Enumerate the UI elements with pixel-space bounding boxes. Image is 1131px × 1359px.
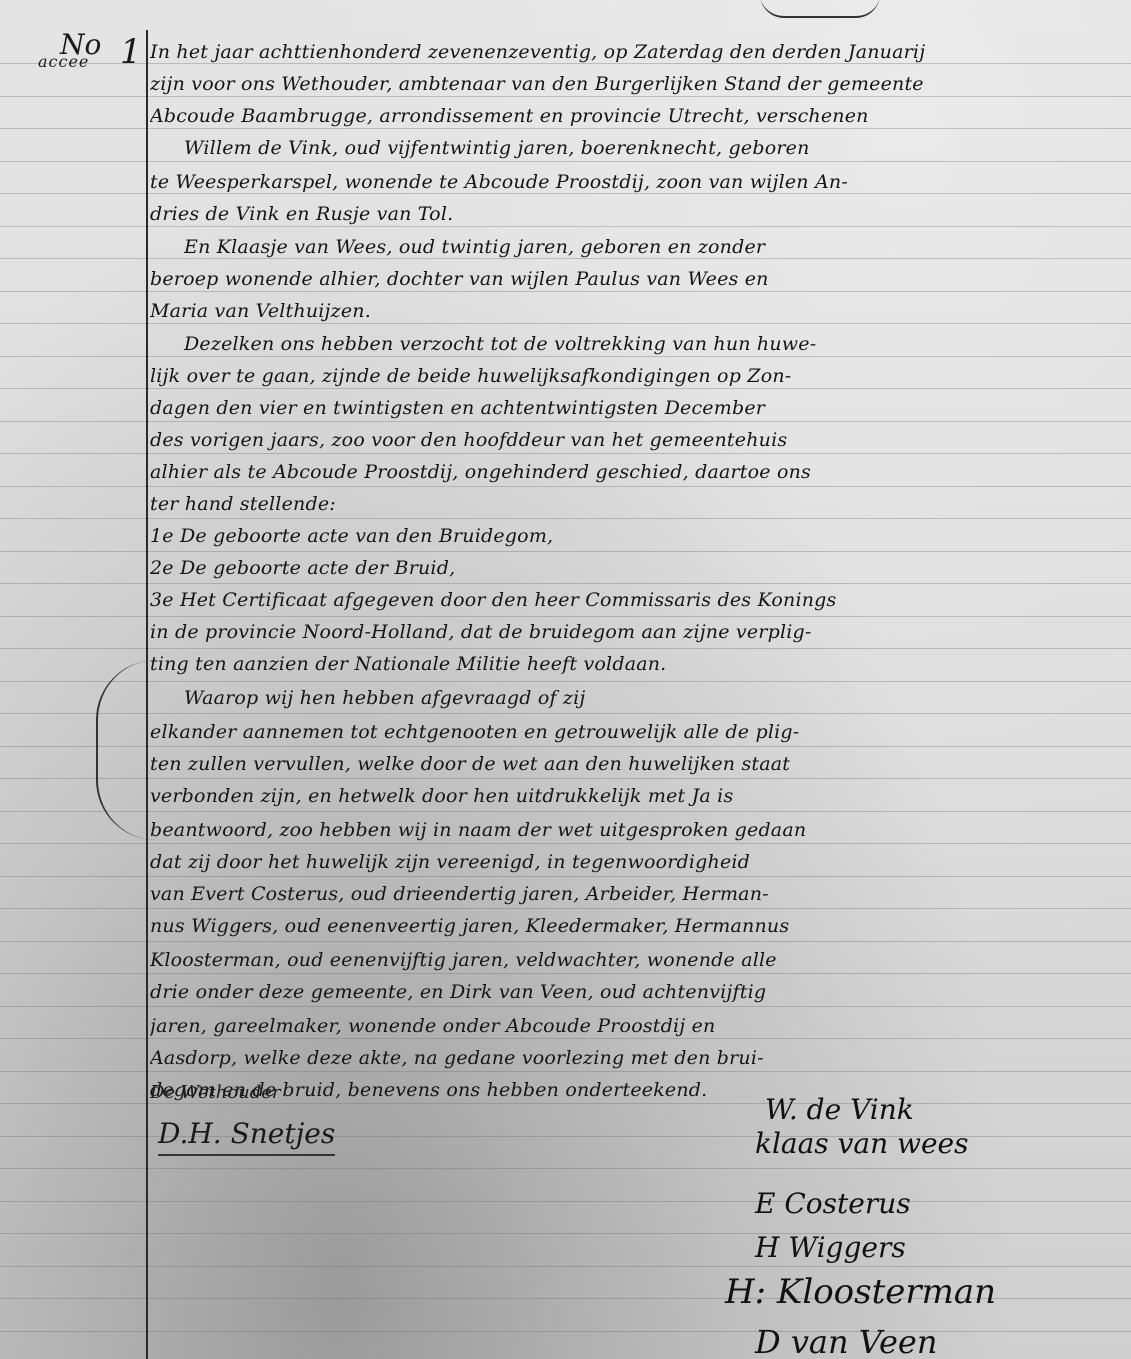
ruled-line [0, 973, 1131, 974]
ruled-line [0, 681, 1131, 682]
ruled-line [0, 583, 1131, 584]
record-line: van Evert Costerus, oud drieendertig jar… [150, 882, 1120, 906]
ruled-line [0, 941, 1131, 942]
party-signatures: W. de Vink klaas van wees E Costerus H W… [755, 1088, 996, 1359]
officer-signature-block: De Wethouder D.H. Snetjes [150, 1082, 335, 1156]
signature-witness: H Wiggers [755, 1226, 996, 1270]
record-number-value: 1 [120, 32, 142, 72]
margin-annotation: accee [38, 52, 89, 71]
ruled-line [0, 388, 1131, 389]
record-line: Waarop wij hen hebben afgevraagd of zij [150, 686, 1120, 710]
record-line: Maria van Velthuijzen. [150, 299, 1120, 323]
ruled-line [0, 96, 1131, 97]
signature-bride: klaas van wees [755, 1122, 996, 1166]
ruled-line [0, 356, 1131, 357]
ruled-line [0, 908, 1131, 909]
record-line: ten zullen vervullen, welke door de wet … [150, 752, 1120, 776]
ruled-line [0, 843, 1131, 844]
record-line: ter hand stellende: [150, 492, 1120, 516]
ruled-line [0, 128, 1131, 129]
record-line: Abcoude Baambrugge, arrondissement en pr… [150, 104, 1120, 128]
record-line: En Klaasje van Wees, oud twintig jaren, … [150, 235, 1120, 259]
record-line: beantwoord, zoo hebben wij in naam der w… [150, 818, 1120, 842]
ruled-line [0, 616, 1131, 617]
ruled-line [0, 746, 1131, 747]
top-flourish [760, 0, 880, 18]
record-line: dat zij door het huwelijk zijn vereenigd… [150, 850, 1120, 874]
ruled-line [0, 518, 1131, 519]
record-line: alhier als te Abcoude Proostdij, ongehin… [150, 460, 1120, 484]
record-line: 3e Het Certificaat afgegeven door den he… [150, 588, 1120, 612]
record-line: Willem de Vink, oud vijfentwintig jaren,… [150, 136, 1120, 160]
ruled-line [0, 551, 1131, 552]
record-line: Dezelken ons hebben verzocht tot de volt… [150, 332, 1120, 356]
record-line: dagen den vier en twintigsten en achtent… [150, 396, 1120, 420]
ruled-line [0, 161, 1131, 162]
margin-bracket [96, 660, 158, 840]
officer-title: De Wethouder [150, 1082, 335, 1103]
ruled-line [0, 486, 1131, 487]
ruled-line [0, 226, 1131, 227]
ruled-line [0, 291, 1131, 292]
signature-witness: H: Kloosterman [725, 1270, 996, 1314]
record-line: Kloosterman, oud eenenvijftig jaren, vel… [150, 948, 1120, 972]
record-line: in de provincie Noord-Holland, dat de br… [150, 620, 1120, 644]
record-line: 1e De geboorte acte van den Bruidegom, [150, 524, 1120, 548]
record-line: zijn voor ons Wethouder, ambtenaar van d… [150, 72, 1120, 96]
ruled-line [0, 778, 1131, 779]
ruled-line [0, 811, 1131, 812]
record-line: verbonden zijn, en hetwelk door hen uitd… [150, 784, 1120, 808]
ruled-line [0, 1038, 1131, 1039]
record-line: jaren, gareelmaker, wonende onder Abcoud… [150, 1014, 1120, 1038]
officer-signature: D.H. Snetjes [158, 1117, 335, 1156]
record-line: drie onder deze gemeente, en Dirk van Ve… [150, 980, 1120, 1004]
ruled-line [0, 713, 1131, 714]
record-line: nus Wiggers, oud eenenveertig jaren, Kle… [150, 914, 1120, 938]
record-line: In het jaar achttienhonderd zevenenzeven… [150, 40, 1120, 64]
record-line: lijk over te gaan, zijnde de beide huwel… [150, 364, 1120, 388]
record-line: ting ten aanzien der Nationale Militie h… [150, 652, 1120, 676]
ruled-line [0, 876, 1131, 877]
ruled-line [0, 1006, 1131, 1007]
record-line: 2e De geboorte acte der Bruid, [150, 556, 1120, 580]
ruled-line [0, 323, 1131, 324]
ruled-line [0, 421, 1131, 422]
ruled-line [0, 1071, 1131, 1072]
record-line: des vorigen jaars, zoo voor den hoofddeu… [150, 428, 1120, 452]
record-line: elkander aannemen tot echtgenooten en ge… [150, 720, 1120, 744]
record-line: Aasdorp, welke deze akte, na gedane voor… [150, 1046, 1120, 1070]
record-line: te Weesperkarspel, wonende te Abcoude Pr… [150, 170, 1120, 194]
ruled-line [0, 648, 1131, 649]
record-line: dries de Vink en Rusje van Tol. [150, 202, 1120, 226]
ruled-line [0, 453, 1131, 454]
signature-witness: E Costerus [755, 1182, 996, 1226]
document-page: No 1 accee In het jaar achttienhonderd z… [0, 0, 1131, 1359]
signature-witness: D van Veen [755, 1320, 996, 1359]
record-line: beroep wonende alhier, dochter van wijle… [150, 267, 1120, 291]
